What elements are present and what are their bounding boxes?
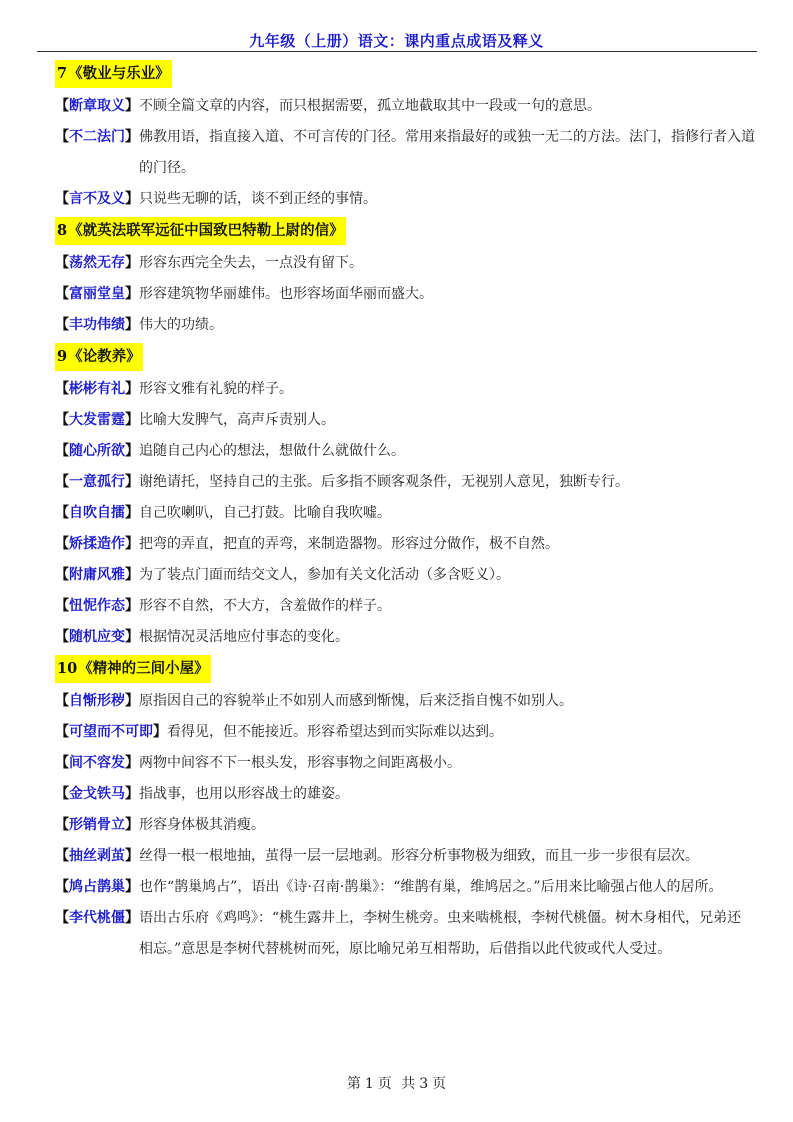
- bracket-close: 】: [125, 567, 139, 583]
- idiom-term: 【自吹自擂】: [55, 498, 139, 529]
- idiom-definition: 根据情况灵活地应付事态的变化。: [139, 622, 755, 653]
- idiom-definition: 为了装点门面而结交文人，参加有关文化活动（多含贬义）。: [139, 560, 755, 591]
- page-header: 九年级（上册）语文：课内重点成语及释义: [0, 30, 793, 51]
- bracket-close: 】: [125, 817, 139, 833]
- bracket-open: 【: [55, 567, 69, 583]
- idiom-word: 随机应变: [69, 629, 125, 645]
- idiom-definition: 两物中间容不下一根头发，形容事物之间距离极小。: [139, 748, 755, 779]
- section-title-text: 《敬业与乐业》: [68, 66, 170, 82]
- idiom-word: 李代桃僵: [69, 910, 125, 926]
- idiom-entry: 【随心所欲】追随自己内心的想法，想做什么就做什么。: [55, 436, 755, 467]
- bracket-close: 】: [125, 381, 139, 397]
- idiom-term: 【间不容发】: [55, 748, 139, 779]
- section-title-text: 《精神的三间小屋》: [78, 661, 209, 677]
- bracket-close: 】: [125, 598, 139, 614]
- idiom-word: 形销骨立: [69, 817, 125, 833]
- idiom-definition: 只说些无聊的话，谈不到正经的事情。: [139, 184, 755, 215]
- bracket-close: 】: [125, 191, 139, 207]
- idiom-entry: 【鸠占鹊巢】也作“鹊巢鸠占”，语出《诗·召南·鹊巢》：“维鹊有巢，维鸠居之。”后…: [55, 872, 755, 903]
- idiom-word: 矫揉造作: [69, 536, 125, 552]
- idiom-word: 附庸风雅: [69, 567, 125, 583]
- bracket-open: 【: [55, 98, 69, 114]
- header-divider: [37, 51, 757, 52]
- idiom-definition: 形容不自然，不大方，含羞做作的样子。: [139, 591, 755, 622]
- idiom-entry: 【附庸风雅】为了装点门面而结交文人，参加有关文化活动（多含贬义）。: [55, 560, 755, 591]
- bracket-open: 【: [55, 317, 69, 333]
- idiom-term: 【形销骨立】: [55, 810, 139, 841]
- idiom-term: 【矫揉造作】: [55, 529, 139, 560]
- bracket-close: 】: [125, 536, 139, 552]
- bracket-close: 】: [125, 98, 139, 114]
- lesson-section: 9《论教养》【彬彬有礼】形容文雅有礼貌的样子。【大发雷霆】比喻大发脾气，高声斥责…: [55, 341, 755, 653]
- idiom-entry: 【断章取义】不顾全篇文章的内容，而只根据需要，孤立地截取其中一段或一句的意思。: [55, 91, 755, 122]
- idiom-entry: 【可望而不可即】看得见，但不能接近。形容希望达到而实际难以达到。: [55, 717, 755, 748]
- lesson-section: 10《精神的三间小屋》【自惭形秽】原指因自己的容貌举止不如别人而感到惭愧，后来泛…: [55, 653, 755, 965]
- bracket-close: 】: [125, 693, 139, 709]
- bracket-open: 【: [55, 598, 69, 614]
- bracket-close: 】: [153, 724, 167, 740]
- section-heading: 8《就英法联军远征中国致巴特勒上尉的信》: [55, 217, 346, 245]
- idiom-definition: 语出古乐府《鸡鸣》：“桃生露井上，李树生桃旁。虫来啮桃根，李树代桃僵。树木身相代…: [139, 903, 755, 965]
- bracket-open: 【: [55, 910, 69, 926]
- idiom-word: 断章取义: [69, 98, 125, 114]
- bracket-close: 】: [125, 879, 139, 895]
- idiom-word: 可望而不可即: [69, 724, 153, 740]
- bracket-open: 【: [55, 693, 69, 709]
- idiom-term: 【自惭形秽】: [55, 686, 139, 717]
- idiom-definition: 形容身体极其消瘦。: [139, 810, 755, 841]
- bracket-close: 】: [125, 786, 139, 802]
- section-number: 10: [57, 660, 77, 677]
- idiom-word: 彬彬有礼: [69, 381, 125, 397]
- bracket-close: 】: [125, 412, 139, 428]
- idiom-entry: 【间不容发】两物中间容不下一根头发，形容事物之间距离极小。: [55, 748, 755, 779]
- idiom-term: 【忸怩作态】: [55, 591, 139, 622]
- idiom-entry: 【富丽堂皇】形容建筑物华丽雄伟。也形容场面华丽而盛大。: [55, 279, 755, 310]
- idiom-definition: 形容文雅有礼貌的样子。: [139, 374, 755, 405]
- lesson-section: 8《就英法联军远征中国致巴特勒上尉的信》【荡然无存】形容东西完全失去，一点没有留…: [55, 215, 755, 341]
- bracket-open: 【: [55, 536, 69, 552]
- bracket-close: 】: [125, 317, 139, 333]
- idiom-definition: 形容东西完全失去，一点没有留下。: [139, 248, 755, 279]
- section-title-text: 《就英法联军远征中国致巴特勒上尉的信》: [68, 223, 344, 239]
- footer-suffix: 页: [432, 1076, 446, 1092]
- idiom-definition: 丝得一根一根地抽，茧得一层一层地剥。形容分析事物极为细致，而且一步一步很有层次。: [139, 841, 755, 872]
- idiom-definition: 把弯的弄直，把直的弄弯，来制造器物。形容过分做作，极不自然。: [139, 529, 755, 560]
- idiom-entry: 【一意孤行】谢绝请托，坚持自己的主张。后多指不顾客观条件，无视别人意见，独断专行…: [55, 467, 755, 498]
- idiom-entry: 【抽丝剥茧】丝得一根一根地抽，茧得一层一层地剥。形容分析事物极为细致，而且一步一…: [55, 841, 755, 872]
- idiom-term: 【言不及义】: [55, 184, 139, 215]
- idiom-term: 【富丽堂皇】: [55, 279, 139, 310]
- idiom-definition: 也作“鹊巢鸠占”，语出《诗·召南·鹊巢》：“维鹊有巢，维鸠居之。”后用来比喻强占…: [139, 872, 755, 903]
- bracket-close: 】: [125, 286, 139, 302]
- idiom-word: 丰功伟绩: [69, 317, 125, 333]
- idiom-term: 【丰功伟绩】: [55, 310, 139, 341]
- section-heading: 9《论教养》: [55, 343, 143, 371]
- idiom-word: 自吹自擂: [69, 505, 125, 521]
- idiom-word: 自惭形秽: [69, 693, 125, 709]
- idiom-definition: 原指因自己的容貌举止不如别人而感到惭愧，后来泛指自愧不如别人。: [139, 686, 755, 717]
- bracket-open: 【: [55, 443, 69, 459]
- footer-current-page: 1: [365, 1076, 374, 1092]
- bracket-open: 【: [55, 474, 69, 490]
- bracket-close: 】: [125, 848, 139, 864]
- idiom-entry: 【言不及义】只说些无聊的话，谈不到正经的事情。: [55, 184, 755, 215]
- idiom-definition: 形容建筑物华丽雄伟。也形容场面华丽而盛大。: [139, 279, 755, 310]
- idiom-word: 不二法门: [69, 129, 125, 145]
- idiom-term: 【抽丝剥茧】: [55, 841, 139, 872]
- idiom-term: 【大发雷霆】: [55, 405, 139, 436]
- section-number: 8: [57, 222, 67, 239]
- bracket-open: 【: [55, 412, 69, 428]
- lesson-section: 7《敬业与乐业》【断章取义】不顾全篇文章的内容，而只根据需要，孤立地截取其中一段…: [55, 58, 755, 215]
- bracket-open: 【: [55, 381, 69, 397]
- idiom-word: 间不容发: [69, 755, 125, 771]
- idiom-entry: 【金戈铁马】指战事，也用以形容战士的雄姿。: [55, 779, 755, 810]
- footer-total-pages: 3: [419, 1076, 428, 1092]
- bracket-open: 【: [55, 286, 69, 302]
- bracket-close: 】: [125, 505, 139, 521]
- idiom-word: 金戈铁马: [69, 786, 125, 802]
- bracket-close: 】: [125, 629, 139, 645]
- idiom-entry: 【彬彬有礼】形容文雅有礼貌的样子。: [55, 374, 755, 405]
- bracket-open: 【: [55, 255, 69, 271]
- idiom-word: 随心所欲: [69, 443, 125, 459]
- bracket-open: 【: [55, 129, 69, 145]
- idiom-definition: 不顾全篇文章的内容，而只根据需要，孤立地截取其中一段或一句的意思。: [139, 91, 755, 122]
- idiom-definition: 伟大的功绩。: [139, 310, 755, 341]
- bracket-open: 【: [55, 505, 69, 521]
- idiom-definition: 看得见，但不能接近。形容希望达到而实际难以达到。: [167, 717, 755, 748]
- footer-prefix: 第: [347, 1076, 361, 1092]
- idiom-word: 一意孤行: [69, 474, 125, 490]
- idiom-term: 【随心所欲】: [55, 436, 139, 467]
- idiom-entry: 【丰功伟绩】伟大的功绩。: [55, 310, 755, 341]
- idiom-definition: 追随自己内心的想法，想做什么就做什么。: [139, 436, 755, 467]
- section-number: 9: [57, 348, 67, 365]
- idiom-definition: 谢绝请托，坚持自己的主张。后多指不顾客观条件，无视别人意见，独断专行。: [139, 467, 755, 498]
- bracket-open: 【: [55, 786, 69, 802]
- idiom-entry: 【大发雷霆】比喻大发脾气，高声斥责别人。: [55, 405, 755, 436]
- idiom-definition: 佛教用语，指直接入道、不可言传的门径。常用来指最好的或独一无二的方法。法门，指修…: [139, 122, 755, 184]
- idiom-entry: 【荡然无存】形容东西完全失去，一点没有留下。: [55, 248, 755, 279]
- bracket-open: 【: [55, 848, 69, 864]
- idiom-entry: 【李代桃僵】语出古乐府《鸡鸣》：“桃生露井上，李树生桃旁。虫来啮桃根，李树代桃僵…: [55, 903, 755, 965]
- document-title: 九年级（上册）语文：课内重点成语及释义: [249, 32, 544, 50]
- idiom-term: 【鸠占鹊巢】: [55, 872, 139, 903]
- idiom-entry: 【形销骨立】形容身体极其消瘦。: [55, 810, 755, 841]
- idiom-word: 富丽堂皇: [69, 286, 125, 302]
- bracket-close: 】: [125, 443, 139, 459]
- idiom-term: 【随机应变】: [55, 622, 139, 653]
- bracket-open: 【: [55, 879, 69, 895]
- idiom-definition: 指战事，也用以形容战士的雄姿。: [139, 779, 755, 810]
- idiom-word: 言不及义: [69, 191, 125, 207]
- idiom-definition: 自己吹喇叭，自己打鼓。比喻自我吹嘘。: [139, 498, 755, 529]
- idiom-term: 【李代桃僵】: [55, 903, 139, 965]
- idiom-term: 【一意孤行】: [55, 467, 139, 498]
- idiom-term: 【可望而不可即】: [55, 717, 167, 748]
- idiom-entry: 【自惭形秽】原指因自己的容貌举止不如别人而感到惭愧，后来泛指自愧不如别人。: [55, 686, 755, 717]
- section-heading: 10《精神的三间小屋》: [55, 655, 211, 683]
- idiom-entry: 【不二法门】佛教用语，指直接入道、不可言传的门径。常用来指最好的或独一无二的方法…: [55, 122, 755, 184]
- idiom-entry: 【自吹自擂】自己吹喇叭，自己打鼓。比喻自我吹嘘。: [55, 498, 755, 529]
- idiom-word: 忸怩作态: [69, 598, 125, 614]
- bracket-open: 【: [55, 191, 69, 207]
- document-body: 7《敬业与乐业》【断章取义】不顾全篇文章的内容，而只根据需要，孤立地截取其中一段…: [55, 58, 755, 965]
- bracket-close: 】: [125, 129, 139, 145]
- bracket-open: 【: [55, 817, 69, 833]
- bracket-open: 【: [55, 629, 69, 645]
- section-title-text: 《论教养》: [68, 349, 141, 365]
- idiom-term: 【附庸风雅】: [55, 560, 139, 591]
- idiom-term: 【金戈铁马】: [55, 779, 139, 810]
- idiom-entry: 【矫揉造作】把弯的弄直，把直的弄弯，来制造器物。形容过分做作，极不自然。: [55, 529, 755, 560]
- idiom-term: 【荡然无存】: [55, 248, 139, 279]
- idiom-word: 抽丝剥茧: [69, 848, 125, 864]
- page-footer: 第1页 共3页: [0, 1073, 793, 1093]
- idiom-word: 荡然无存: [69, 255, 125, 271]
- idiom-definition: 比喻大发脾气，高声斥责别人。: [139, 405, 755, 436]
- bracket-close: 】: [125, 755, 139, 771]
- bracket-open: 【: [55, 755, 69, 771]
- bracket-close: 】: [125, 910, 139, 926]
- bracket-close: 】: [125, 474, 139, 490]
- idiom-entry: 【随机应变】根据情况灵活地应付事态的变化。: [55, 622, 755, 653]
- idiom-term: 【不二法门】: [55, 122, 139, 184]
- idiom-term: 【彬彬有礼】: [55, 374, 139, 405]
- bracket-open: 【: [55, 724, 69, 740]
- idiom-word: 鸠占鹊巢: [69, 879, 125, 895]
- section-heading: 7《敬业与乐业》: [55, 60, 172, 88]
- bracket-close: 】: [125, 255, 139, 271]
- section-number: 7: [57, 65, 67, 82]
- footer-mid: 页 共: [378, 1076, 415, 1092]
- idiom-entry: 【忸怩作态】形容不自然，不大方，含羞做作的样子。: [55, 591, 755, 622]
- idiom-word: 大发雷霆: [69, 412, 125, 428]
- idiom-term: 【断章取义】: [55, 91, 139, 122]
